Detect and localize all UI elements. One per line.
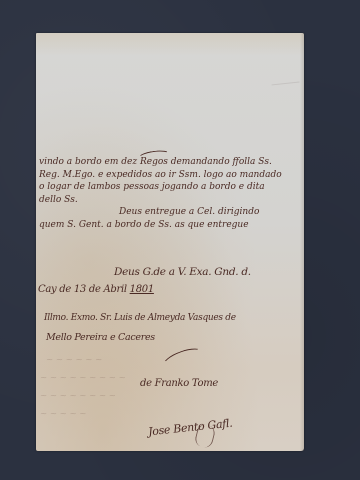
body-line: vindo a bordo em dez Regos demandando ff… xyxy=(39,156,284,169)
manuscript-page: faint illegible annotation vindo a bordo… xyxy=(36,33,304,451)
body-line: o logar de lambos pessoas jogando a bord… xyxy=(39,181,284,194)
addressee-line-1: Illmo. Exmo. Sr. Luis de Almeyda Vasques… xyxy=(44,313,236,323)
bleed-through-text: ~ ~ ~ ~ ~ ~ xyxy=(46,355,102,365)
bleed-through-text: ~ ~ ~ ~ ~ ~ ~ ~ ~ xyxy=(40,373,126,383)
bleed-through-text: ~ ~ ~ ~ ~ ~ ~ ~ xyxy=(40,391,116,401)
body-line: Deus entregue a Cel. dirigindo xyxy=(39,206,284,219)
bleed-through-text: ~ ~ ~ ~ ~ xyxy=(40,409,86,419)
dateline: Cay de 13 de Abril 1801 xyxy=(38,284,154,295)
body-line: quem S. Gent. a bordo de Ss. as que entr… xyxy=(39,219,284,232)
letter-body: vindo a bordo em dez Regos demandando ff… xyxy=(39,156,284,231)
closing-line: Deus G.de a V. Exa. Gnd. d. xyxy=(114,266,251,278)
dateline-prefix: Cay de 13 de Abril xyxy=(38,284,127,295)
signature-2: Jose Bento Gafl. xyxy=(148,417,233,439)
signature-flourish xyxy=(161,344,206,373)
signature-1: de Franko Tome xyxy=(140,378,218,389)
body-line: dello Ss. xyxy=(39,194,284,207)
body-line: Reg. M.Ego. e expedidos ao ir Ssm. logo … xyxy=(39,169,284,182)
addressee-line-2: Mello Pereira e Caceres xyxy=(46,332,155,343)
dateline-year: 1801 xyxy=(130,284,154,295)
